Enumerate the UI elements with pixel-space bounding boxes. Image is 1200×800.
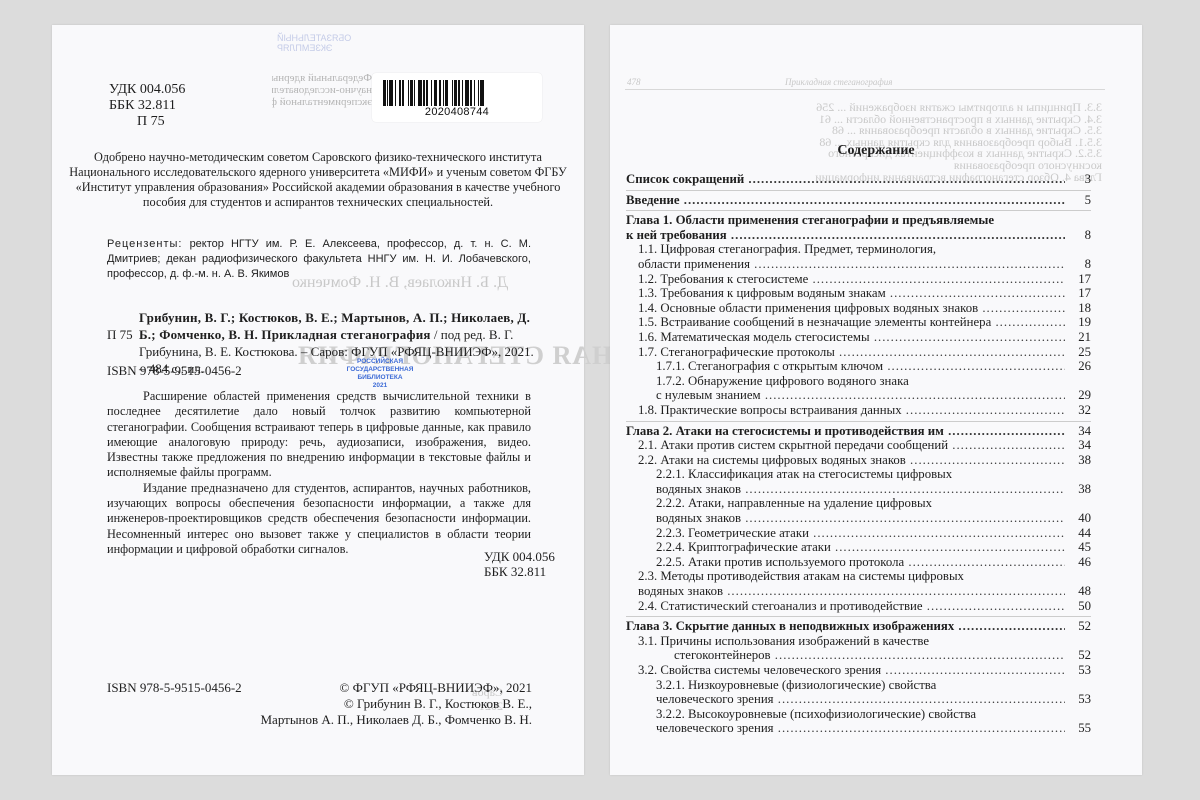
toc-entry-title: Список сокращений ......................… — [626, 172, 1065, 187]
toc-entry-title: 1.7.2. Обнаружение цифрового водяного зн… — [656, 374, 1065, 403]
toc-entry-title: 1.3. Требования к цифровым водяным знака… — [638, 286, 1065, 301]
toc-entry-title: 1.1. Цифровая стеганография. Предмет, те… — [638, 242, 1065, 271]
toc-page-number: 5 — [1065, 193, 1091, 208]
toc-chapter-entry[interactable]: Глава 2. Атаки на стегосистемы и противо… — [626, 424, 1091, 439]
udk-code-bottom: УДК 004.056 — [484, 549, 555, 564]
toc-entry[interactable]: 1.5. Встраивание сообщений в незначащие … — [626, 315, 1091, 330]
toc-entry-title: 3.2. Свойства системы человеческого зрен… — [638, 663, 1065, 678]
toc-entry[interactable]: 3.2.2. Высокоуровневые (психофизиологиче… — [626, 707, 1091, 736]
leader-dots: ........................................… — [761, 388, 1065, 402]
toc-entry-text: 3.2.2. Высокоуровневые (психофизиологиче… — [656, 707, 976, 721]
barcode-sticker: 2020408744 — [372, 73, 542, 122]
toc-chapter-entry[interactable]: Глава 1. Области применения стеганографи… — [626, 213, 1091, 242]
toc-group: Глава 3. Скрытие данных в неподвижных из… — [626, 617, 1091, 739]
toc-entry-title: Введение ...............................… — [626, 193, 1065, 208]
leader-dots: ........................................… — [904, 555, 1065, 569]
classification-codes: УДК 004.056 ББК 32.811 П 75 — [109, 82, 185, 130]
toc-entry-text: человеческого зрения — [656, 721, 774, 735]
toc-page-number: 55 — [1065, 721, 1091, 736]
toc-entry-text: 1.7.2. Обнаружение цифрового водяного зн… — [656, 374, 909, 388]
leader-dots: ........................................… — [991, 315, 1065, 329]
toc-entry-text: водяных знаков — [638, 584, 723, 598]
toc-entry-title: 1.5. Встраивание сообщений в незначащие … — [638, 315, 1065, 330]
leader-dots: ........................................… — [948, 438, 1065, 452]
toc-entry-text: водяных знаков — [656, 511, 741, 525]
toc-entry-title: Глава 3. Скрытие данных в неподвижных из… — [626, 619, 1065, 634]
classification-codes-bottom: УДК 004.056 ББК 32.811 — [484, 549, 555, 579]
toc-page-number: 53 — [1065, 692, 1091, 707]
leader-dots: ........................................… — [723, 584, 1065, 598]
toc-page-number: 45 — [1065, 540, 1091, 555]
toc-page-number: 8 — [1065, 228, 1091, 243]
toc-entry-text: 1.1. Цифровая стеганография. Предмет, те… — [638, 242, 936, 256]
toc-entry-title: Глава 1. Области применения стеганографи… — [626, 213, 1065, 242]
leader-dots: ........................................… — [954, 619, 1065, 633]
author-mark: П 75 — [109, 114, 185, 130]
toc-entry-title: 3.2.2. Высокоуровневые (психофизиологиче… — [656, 707, 1065, 736]
toc-entry[interactable]: 2.2.2. Атаки, направленные на удаление ц… — [626, 496, 1091, 525]
barcode-number: 2020408744 — [372, 106, 542, 118]
toc-entry-text: 2.4. Статистический стегоанализ и против… — [638, 599, 923, 613]
toc-entry[interactable]: 1.7. Стеганографические протоколы ......… — [626, 345, 1091, 360]
bleed-line: научно-исследовательский институт — [272, 84, 372, 96]
toc-entry-text: стегоконтейнеров — [674, 648, 771, 662]
toc-page-number: 52 — [1065, 619, 1091, 634]
leader-dots: ........................................… — [881, 663, 1065, 677]
toc-entry-text: Глава 3. Скрытие данных в неподвижных из… — [626, 619, 954, 633]
toc-entry-title: 2.2.3. Геометрические атаки ............… — [656, 526, 1065, 541]
toc-page-number: 38 — [1065, 482, 1091, 497]
leader-dots: ........................................… — [774, 721, 1065, 735]
toc-entry-text: к ней требования — [626, 228, 727, 242]
toc-entry-title: 2.1. Атаки против систем скрытной переда… — [638, 438, 1065, 453]
toc-group: Глава 2. Атаки на стегосистемы и противо… — [626, 422, 1091, 618]
toc-entry-title: 1.7. Стеганографические протоколы ......… — [638, 345, 1065, 360]
leader-dots: ........................................… — [741, 511, 1065, 525]
toc-entry-title: 2.4. Статистический стегоанализ и против… — [638, 599, 1065, 614]
toc-page-number: 40 — [1065, 511, 1091, 526]
bleed-through-header: Прикладная стеганография 478 — [625, 77, 1105, 90]
toc-group: Глава 1. Области применения стеганографи… — [626, 211, 1091, 421]
toc-entry[interactable]: 3.1. Причины использования изображений в… — [626, 634, 1091, 663]
leader-dots: ........................................… — [771, 648, 1065, 662]
toc-entry-title: 1.2. Требования к стегосистеме .........… — [638, 272, 1065, 287]
leader-dots: ........................................… — [774, 692, 1065, 706]
toc-entry-text: Список сокращений — [626, 172, 744, 186]
toc-entry-text: 1.8. Практические вопросы встраивания да… — [638, 403, 902, 417]
copyright-line: Мартынов А. П., Николаев Д. Б., Фомченко… — [260, 712, 532, 728]
leader-dots: ........................................… — [870, 330, 1065, 344]
toc-entry[interactable]: 2.2.4. Криптографические атаки .........… — [626, 540, 1091, 555]
leader-dots: ........................................… — [809, 526, 1065, 540]
leader-dots: ........................................… — [808, 272, 1065, 286]
toc-entry-text: Введение — [626, 193, 680, 207]
toc-entry-text: области применения — [638, 257, 750, 271]
toc-entry[interactable]: 2.2.1. Классификация атак на стегосистем… — [626, 467, 1091, 496]
toc-entry-title: 2.2.4. Криптографические атаки .........… — [656, 540, 1065, 555]
toc-entry[interactable]: 2.1. Атаки против систем скрытной переда… — [626, 438, 1091, 453]
annotation: Расширение областей применения средств в… — [107, 389, 531, 557]
toc-page-number: 3 — [1065, 172, 1091, 187]
leader-dots: ........................................… — [831, 540, 1065, 554]
toc-entry-title: 2.2.1. Классификация атак на стегосистем… — [656, 467, 1065, 496]
copyright-line: © ФГУП «РФЯЦ-ВНИИЭФ», 2021 — [260, 680, 532, 696]
table-of-contents: Список сокращений ......................… — [626, 170, 1091, 739]
toc-entry-title: 1.7.1. Стеганография с открытым ключом .… — [656, 359, 1065, 374]
bleed-stamp-line: ЭКЗЕМПЛЯР — [277, 43, 357, 53]
toc-group: Список сокращений ......................… — [626, 170, 1091, 191]
leader-dots: ........................................… — [835, 345, 1065, 359]
leader-dots: ........................................… — [923, 599, 1065, 613]
toc-entry-text: 1.7.1. Стеганография с открытым ключом — [656, 359, 883, 373]
annotation-paragraph: Издание предназначено для студентов, асп… — [107, 481, 531, 557]
bleed-header-page: 478 — [627, 77, 641, 87]
toc-page-number: 34 — [1065, 438, 1091, 453]
udk-code: УДК 004.056 — [109, 82, 185, 98]
toc-page-number: 34 — [1065, 424, 1091, 439]
toc-entry[interactable]: 1.7.2. Обнаружение цифрового водяного зн… — [626, 374, 1091, 403]
toc-entry-text: 1.2. Требования к стегосистеме — [638, 272, 808, 286]
right-page-contents: Прикладная стеганография 478 3.3. Принци… — [610, 25, 1142, 775]
toc-page-number: 18 — [1065, 301, 1091, 316]
reviewers-label: Рецензенты: — [107, 238, 182, 250]
toc-page-number: 29 — [1065, 388, 1091, 403]
copyright-line: © Грибунин В. Г., Костюков В. Е., — [260, 696, 532, 712]
toc-entry-text: Глава 2. Атаки на стегосистемы и противо… — [626, 424, 944, 438]
annotation-paragraph: Расширение областей применения средств в… — [107, 389, 531, 481]
bbk-code-bottom: ББК 32.811 — [484, 564, 555, 579]
toc-page-number: 52 — [1065, 648, 1091, 663]
bleed-header-title: Прикладная стеганография — [785, 77, 892, 87]
toc-page-number: 44 — [1065, 526, 1091, 541]
left-page-imprint: ОБЯЗАТЕЛЬНЫЙ ЭКЗЕМПЛЯР Федеральный ядерн… — [52, 25, 584, 775]
bleed-through-publisher: Федеральный ядерный центр – научно-иссле… — [272, 72, 372, 108]
toc-entry-title: 3.1. Причины использования изображений в… — [638, 634, 1065, 663]
library-stamp: РОССИЙСКАЯ ГОСУДАРСТВЕННАЯ БИБЛИОТЕКА 20… — [340, 358, 420, 390]
toc-entry-text: человеческого зрения — [656, 692, 774, 706]
toc-group: Введение ...............................… — [626, 191, 1091, 212]
toc-entry-text: 2.2.1. Классификация атак на стегосистем… — [656, 467, 952, 481]
approval-statement: Одобрено научно-методическим советом Сар… — [57, 150, 579, 210]
toc-page-number: 46 — [1065, 555, 1091, 570]
bleed-stamp-line: ОБЯЗАТЕЛЬНЫЙ — [277, 33, 357, 43]
isbn-bottom: ISBN 978-5-9515-0456-2 — [107, 680, 242, 696]
leader-dots: ........................................… — [978, 301, 1065, 315]
toc-page-number: 19 — [1065, 315, 1091, 330]
leader-dots: ........................................… — [744, 172, 1065, 186]
bleed-line: экспериментальной физики — [272, 96, 372, 108]
toc-entry-title: 2.2.5. Атаки против используемого проток… — [656, 555, 1065, 570]
toc-entry-text: 2.2. Атаки на системы цифровых водяных з… — [638, 453, 906, 467]
leader-dots: ........................................… — [680, 193, 1065, 207]
toc-page-number: 32 — [1065, 403, 1091, 418]
barcode-icon — [383, 80, 529, 106]
toc-entry-text: 3.2.1. Низкоуровневые (физиологические) … — [656, 678, 936, 692]
leader-dots: ........................................… — [727, 228, 1065, 242]
toc-entry-title: 1.4. Основные области применения цифровы… — [638, 301, 1065, 316]
toc-entry-text: с нулевым знанием — [656, 388, 761, 402]
leader-dots: ........................................… — [741, 482, 1065, 496]
toc-entry[interactable]: 1.1. Цифровая стеганография. Предмет, те… — [626, 242, 1091, 271]
toc-entry-text: 3.2. Свойства системы человеческого зрен… — [638, 663, 881, 677]
toc-entry[interactable]: 1.4. Основные области применения цифровы… — [626, 301, 1091, 316]
leader-dots: ........................................… — [902, 403, 1065, 417]
library-stamp-line: ГОСУДАРСТВЕННАЯ — [340, 366, 420, 374]
toc-page-number: 38 — [1065, 453, 1091, 468]
toc-chapter-entry[interactable]: Введение ...............................… — [626, 193, 1091, 208]
toc-entry-title: 2.2.2. Атаки, направленные на удаление ц… — [656, 496, 1065, 525]
toc-entry[interactable]: 1.7.1. Стеганография с открытым ключом .… — [626, 359, 1091, 374]
toc-entry-text: 1.6. Математическая модель стегосистемы — [638, 330, 870, 344]
toc-entry[interactable]: 1.2. Требования к стегосистеме .........… — [626, 272, 1091, 287]
toc-page-number: 48 — [1065, 584, 1091, 599]
bleed-through-stamp: ОБЯЗАТЕЛЬНЫЙ ЭКЗЕМПЛЯР — [277, 33, 357, 53]
toc-entry[interactable]: 2.2. Атаки на системы цифровых водяных з… — [626, 453, 1091, 468]
leader-dots: ........................................… — [883, 359, 1065, 373]
toc-page-number: 17 — [1065, 272, 1091, 287]
toc-entry-text: 2.3. Методы противодействия атакам на си… — [638, 569, 964, 583]
toc-page-number: 26 — [1065, 359, 1091, 374]
toc-page-number: 25 — [1065, 345, 1091, 360]
contents-title: Содержание — [610, 143, 1142, 159]
toc-entry[interactable]: 2.2.5. Атаки против используемого проток… — [626, 555, 1091, 570]
toc-entry-text: водяных знаков — [656, 482, 741, 496]
library-stamp-line: РОССИЙСКАЯ — [340, 358, 420, 366]
toc-entry-title: 3.2.1. Низкоуровневые (физиологические) … — [656, 678, 1065, 707]
toc-entry[interactable]: 1.8. Практические вопросы встраивания да… — [626, 403, 1091, 418]
toc-entry[interactable]: 1.3. Требования к цифровым водяным знака… — [626, 286, 1091, 301]
bleed-line: Федеральный ядерный центр – — [272, 72, 372, 84]
toc-page-number: 17 — [1065, 286, 1091, 301]
leader-dots: ........................................… — [886, 286, 1065, 300]
toc-entry[interactable]: 2.3. Методы противодействия атакам на си… — [626, 569, 1091, 598]
leader-dots: ........................................… — [944, 424, 1065, 438]
toc-entry-text: 1.4. Основные области применения цифровы… — [638, 301, 978, 315]
toc-entry-text: 2.2.3. Геометрические атаки — [656, 526, 809, 540]
toc-entry-text: 2.1. Атаки против систем скрытной переда… — [638, 438, 948, 452]
toc-chapter-entry[interactable]: Глава 3. Скрытие данных в неподвижных из… — [626, 619, 1091, 634]
toc-entry-text: 2.2.2. Атаки, направленные на удаление ц… — [656, 496, 932, 510]
toc-page-number: 53 — [1065, 663, 1091, 678]
copyright: © ФГУП «РФЯЦ-ВНИИЭФ», 2021 © Грибунин В.… — [260, 680, 532, 728]
toc-entry-text: 1.5. Встраивание сообщений в незначащие … — [638, 315, 991, 329]
toc-entry[interactable]: 3.2.1. Низкоуровневые (физиологические) … — [626, 678, 1091, 707]
reviewers: Рецензенты: ректор НГТУ им. Р. Е. Алексе… — [107, 237, 531, 282]
toc-chapter-entry[interactable]: Список сокращений ......................… — [626, 172, 1091, 187]
library-stamp-line: БИБЛИОТЕКА — [340, 374, 420, 382]
toc-entry-text: 2.2.5. Атаки против используемого проток… — [656, 555, 904, 569]
toc-entry[interactable]: 2.2.3. Геометрические атаки ............… — [626, 526, 1091, 541]
toc-entry-text: 3.1. Причины использования изображений в… — [638, 634, 929, 648]
toc-entry-title: 1.6. Математическая модель стегосистемы … — [638, 330, 1065, 345]
toc-entry[interactable]: 3.2. Свойства системы человеческого зрен… — [626, 663, 1091, 678]
toc-entry-title: 1.8. Практические вопросы встраивания да… — [638, 403, 1065, 418]
toc-page-number: 50 — [1065, 599, 1091, 614]
bbk-code: ББК 32.811 — [109, 98, 185, 114]
leader-dots: ........................................… — [906, 453, 1065, 467]
toc-page-number: 8 — [1065, 257, 1091, 272]
toc-entry-text: 1.3. Требования к цифровым водяным знака… — [638, 286, 886, 300]
toc-page-number: 21 — [1065, 330, 1091, 345]
toc-entry[interactable]: 1.6. Математическая модель стегосистемы … — [626, 330, 1091, 345]
toc-entry-text: 2.2.4. Криптографические атаки — [656, 540, 831, 554]
toc-entry-text: Глава 1. Области применения стеганографи… — [626, 213, 994, 227]
isbn-top: ISBN 978-5-9515-0456-2 — [107, 363, 242, 379]
toc-entry[interactable]: 2.4. Статистический стегоанализ и против… — [626, 599, 1091, 614]
toc-entry-text: 1.7. Стеганографические протоколы — [638, 345, 835, 359]
toc-entry-title: Глава 2. Атаки на стегосистемы и противо… — [626, 424, 1065, 439]
toc-entry-title: 2.3. Методы противодействия атакам на си… — [638, 569, 1065, 598]
leader-dots: ........................................… — [750, 257, 1065, 271]
toc-entry-title: 2.2. Атаки на системы цифровых водяных з… — [638, 453, 1065, 468]
